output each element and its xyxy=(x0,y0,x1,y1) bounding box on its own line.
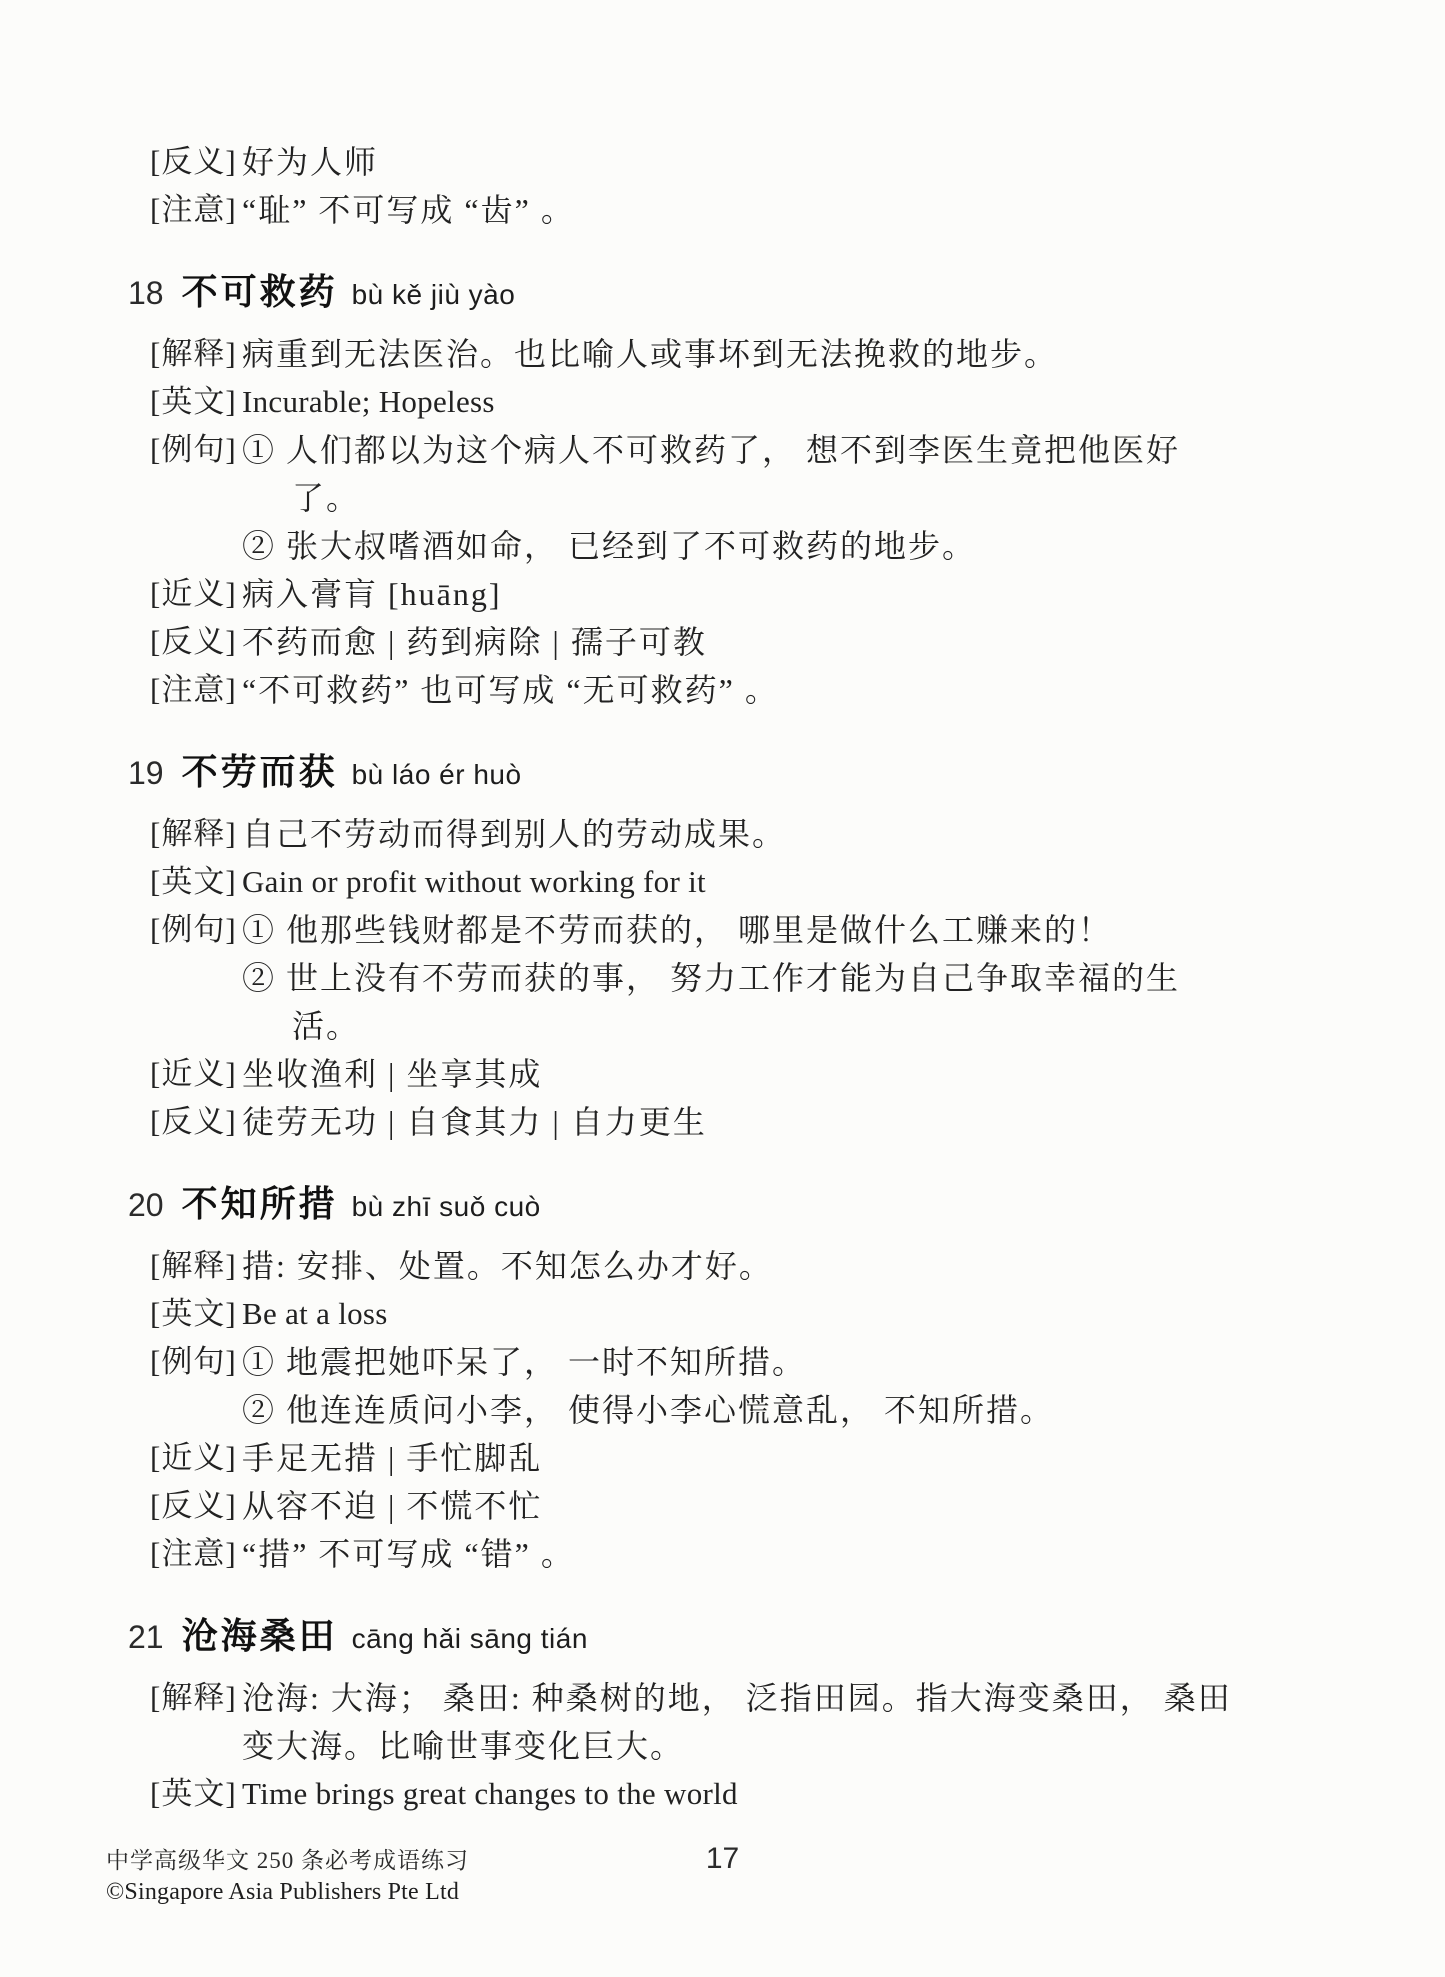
entry-row: [注意]“措” 不可写成 “错” 。 xyxy=(150,1530,1385,1578)
row-content: 措: 安排、处置。不知怎么办才好。 xyxy=(242,1242,1385,1290)
row-content: Incurable; Hopeless xyxy=(242,378,1385,426)
entry-row: [英文]Incurable; Hopeless xyxy=(150,378,1385,426)
entry-row: [例句]① 他那些钱财都是不劳而获的， 哪里是做什么工赚来的！② 世上没有不劳而… xyxy=(150,906,1385,1050)
row-label: [反义] xyxy=(150,138,242,186)
row-label: [解释] xyxy=(150,1242,242,1290)
text-line: 措: 安排、处置。不知怎么办才好。 xyxy=(242,1242,1385,1290)
entry-row: [英文]Be at a loss xyxy=(150,1290,1385,1338)
idiom-pinyin: bù láo ér huò xyxy=(352,759,522,790)
text-line: 徒劳无功 | 自食其力 | 自力更生 xyxy=(242,1098,1385,1146)
idiom-heading: 19不劳而获bù láo ér huò xyxy=(128,748,1385,804)
footer-copyright: ©Singapore Asia Publishers Pte Ltd xyxy=(106,1876,1445,1908)
text-line: Time brings great changes to the world xyxy=(242,1770,1385,1818)
row-content: 病入膏肓 [huāng] xyxy=(242,570,1385,618)
text-line: ① 他那些钱财都是不劳而获的， 哪里是做什么工赚来的！ xyxy=(242,906,1385,954)
text-line: “不可救药” 也可写成 “无可救药” 。 xyxy=(242,666,1385,714)
row-label: [英文] xyxy=(150,858,242,906)
idiom-pinyin: bù zhī suǒ cuò xyxy=(352,1191,541,1222)
entry-row: [解释]自己不劳动而得到别人的劳动成果。 xyxy=(150,810,1385,858)
text-line: ② 他连连质问小李， 使得小李心慌意乱， 不知所措。 xyxy=(242,1386,1385,1434)
row-label: [英文] xyxy=(150,1290,242,1338)
row-content: 病重到无法医治。也比喻人或事坏到无法挽救的地步。 xyxy=(242,330,1385,378)
text-line: 好为人师 xyxy=(242,138,1385,186)
text-line: 不药而愈 | 药到病除 | 孺子可教 xyxy=(242,618,1385,666)
entry-row: [解释]病重到无法医治。也比喻人或事坏到无法挽救的地步。 xyxy=(150,330,1385,378)
text-line: ① 人们都以为这个病人不可救药了， 想不到李医生竟把他医好 xyxy=(242,426,1385,474)
entry-row: [反义]好为人师 xyxy=(150,138,1385,186)
row-label: [解释] xyxy=(150,1674,242,1722)
idiom-number: 18 xyxy=(128,275,164,311)
row-content: Be at a loss xyxy=(242,1290,1385,1338)
idiom-text: 沧海桑田 xyxy=(182,1615,338,1656)
idiom-pinyin: cāng hǎi sāng tián xyxy=(352,1623,588,1654)
row-content: “措” 不可写成 “错” 。 xyxy=(242,1530,1385,1578)
row-label: [近义] xyxy=(150,570,242,618)
text-line: 了。 xyxy=(242,474,1385,522)
text-line: “措” 不可写成 “错” 。 xyxy=(242,1530,1385,1578)
book-page: [反义]好为人师[注意]“耻” 不可写成 “齿” 。18不可救药bù kě ji… xyxy=(0,0,1445,1977)
row-label: [注意] xyxy=(150,666,242,714)
text-line: Be at a loss xyxy=(242,1290,1385,1338)
text-line: 坐收渔利 | 坐享其成 xyxy=(242,1050,1385,1098)
row-label: [近义] xyxy=(150,1434,242,1482)
idiom-heading: 20不知所措bù zhī suǒ cuò xyxy=(128,1180,1385,1236)
entry-row: [解释]沧海: 大海； 桑田: 种桑树的地， 泛指田园。指大海变桑田， 桑田变大… xyxy=(150,1674,1385,1770)
row-label: [解释] xyxy=(150,330,242,378)
text-line: 沧海: 大海； 桑田: 种桑树的地， 泛指田园。指大海变桑田， 桑田 xyxy=(242,1674,1385,1722)
row-content: Time brings great changes to the world xyxy=(242,1770,1385,1818)
row-content: 从容不迫 | 不慌不忙 xyxy=(242,1482,1385,1530)
idiom-pinyin: bù kě jiù yào xyxy=(352,279,516,310)
idiom-text: 不知所措 xyxy=(182,1183,338,1224)
row-content: ① 人们都以为这个病人不可救药了， 想不到李医生竟把他医好了。② 张大叔嗜酒如命… xyxy=(242,426,1385,570)
text-line: 手足无措 | 手忙脚乱 xyxy=(242,1434,1385,1482)
text-line: 病入膏肓 [huāng] xyxy=(242,570,1385,618)
row-label: [注意] xyxy=(150,1530,242,1578)
page-content: [反义]好为人师[注意]“耻” 不可写成 “齿” 。18不可救药bù kě ji… xyxy=(0,0,1445,1818)
entry-row: [英文]Gain or profit without working for i… xyxy=(150,858,1385,906)
idiom-heading: 18不可救药bù kě jiù yào xyxy=(128,268,1385,324)
page-footer: 中学高级华文 250 条必考成语练习 ©Singapore Asia Publi… xyxy=(0,1846,1445,1908)
row-label: [英文] xyxy=(150,378,242,426)
text-line: 活。 xyxy=(242,1002,1385,1050)
row-content: ① 他那些钱财都是不劳而获的， 哪里是做什么工赚来的！② 世上没有不劳而获的事，… xyxy=(242,906,1385,1050)
idiom-text: 不劳而获 xyxy=(182,751,338,792)
row-label: [例句] xyxy=(150,906,242,954)
row-content: ① 地震把她吓呆了， 一时不知所措。② 他连连质问小李， 使得小李心慌意乱， 不… xyxy=(242,1338,1385,1434)
row-label: [近义] xyxy=(150,1050,242,1098)
entry-row: [例句]① 人们都以为这个病人不可救药了， 想不到李医生竟把他医好了。② 张大叔… xyxy=(150,426,1385,570)
text-line: ① 地震把她吓呆了， 一时不知所措。 xyxy=(242,1338,1385,1386)
row-content: 沧海: 大海； 桑田: 种桑树的地， 泛指田园。指大海变桑田， 桑田变大海。比喻… xyxy=(242,1674,1385,1770)
text-line: “耻” 不可写成 “齿” 。 xyxy=(242,186,1385,234)
text-line: ② 世上没有不劳而获的事， 努力工作才能为自己争取幸福的生 xyxy=(242,954,1385,1002)
idiom-number: 20 xyxy=(128,1187,164,1223)
entry-row: [例句]① 地震把她吓呆了， 一时不知所措。② 他连连质问小李， 使得小李心慌意… xyxy=(150,1338,1385,1434)
row-label: [例句] xyxy=(150,426,242,474)
row-content: 好为人师 xyxy=(242,138,1385,186)
row-label: [例句] xyxy=(150,1338,242,1386)
row-content: Gain or profit without working for it xyxy=(242,858,1385,906)
page-number: 17 xyxy=(0,1842,1445,1876)
entry-row: [反义]从容不迫 | 不慌不忙 xyxy=(150,1482,1385,1530)
entry-row: [英文]Time brings great changes to the wor… xyxy=(150,1770,1385,1818)
text-line: 从容不迫 | 不慌不忙 xyxy=(242,1482,1385,1530)
entry-row: [反义]徒劳无功 | 自食其力 | 自力更生 xyxy=(150,1098,1385,1146)
row-content: “不可救药” 也可写成 “无可救药” 。 xyxy=(242,666,1385,714)
row-label: [解释] xyxy=(150,810,242,858)
entry-row: [注意]“耻” 不可写成 “齿” 。 xyxy=(150,186,1385,234)
entry-row: [反义]不药而愈 | 药到病除 | 孺子可教 xyxy=(150,618,1385,666)
row-label: [反义] xyxy=(150,618,242,666)
row-label: [反义] xyxy=(150,1482,242,1530)
row-label: [反义] xyxy=(150,1098,242,1146)
text-line: ② 张大叔嗜酒如命， 已经到了不可救药的地步。 xyxy=(242,522,1385,570)
text-line: Incurable; Hopeless xyxy=(242,378,1385,426)
row-content: 手足无措 | 手忙脚乱 xyxy=(242,1434,1385,1482)
text-line: 病重到无法医治。也比喻人或事坏到无法挽救的地步。 xyxy=(242,330,1385,378)
row-label: [英文] xyxy=(150,1770,242,1818)
entry-row: [解释]措: 安排、处置。不知怎么办才好。 xyxy=(150,1242,1385,1290)
idiom-text: 不可救药 xyxy=(182,271,338,312)
row-content: 坐收渔利 | 坐享其成 xyxy=(242,1050,1385,1098)
row-content: 徒劳无功 | 自食其力 | 自力更生 xyxy=(242,1098,1385,1146)
row-label: [注意] xyxy=(150,186,242,234)
row-content: 不药而愈 | 药到病除 | 孺子可教 xyxy=(242,618,1385,666)
entry-row: [近义]病入膏肓 [huāng] xyxy=(150,570,1385,618)
entry-row: [注意]“不可救药” 也可写成 “无可救药” 。 xyxy=(150,666,1385,714)
idiom-number: 21 xyxy=(128,1619,164,1655)
idiom-number: 19 xyxy=(128,755,164,791)
text-line: 自己不劳动而得到别人的劳动成果。 xyxy=(242,810,1385,858)
text-line: 变大海。比喻世事变化巨大。 xyxy=(242,1722,1385,1770)
entry-row: [近义]坐收渔利 | 坐享其成 xyxy=(150,1050,1385,1098)
idiom-heading: 21沧海桑田cāng hǎi sāng tián xyxy=(128,1612,1385,1668)
row-content: 自己不劳动而得到别人的劳动成果。 xyxy=(242,810,1385,858)
row-content: “耻” 不可写成 “齿” 。 xyxy=(242,186,1385,234)
entry-row: [近义]手足无措 | 手忙脚乱 xyxy=(150,1434,1385,1482)
text-line: Gain or profit without working for it xyxy=(242,858,1385,906)
